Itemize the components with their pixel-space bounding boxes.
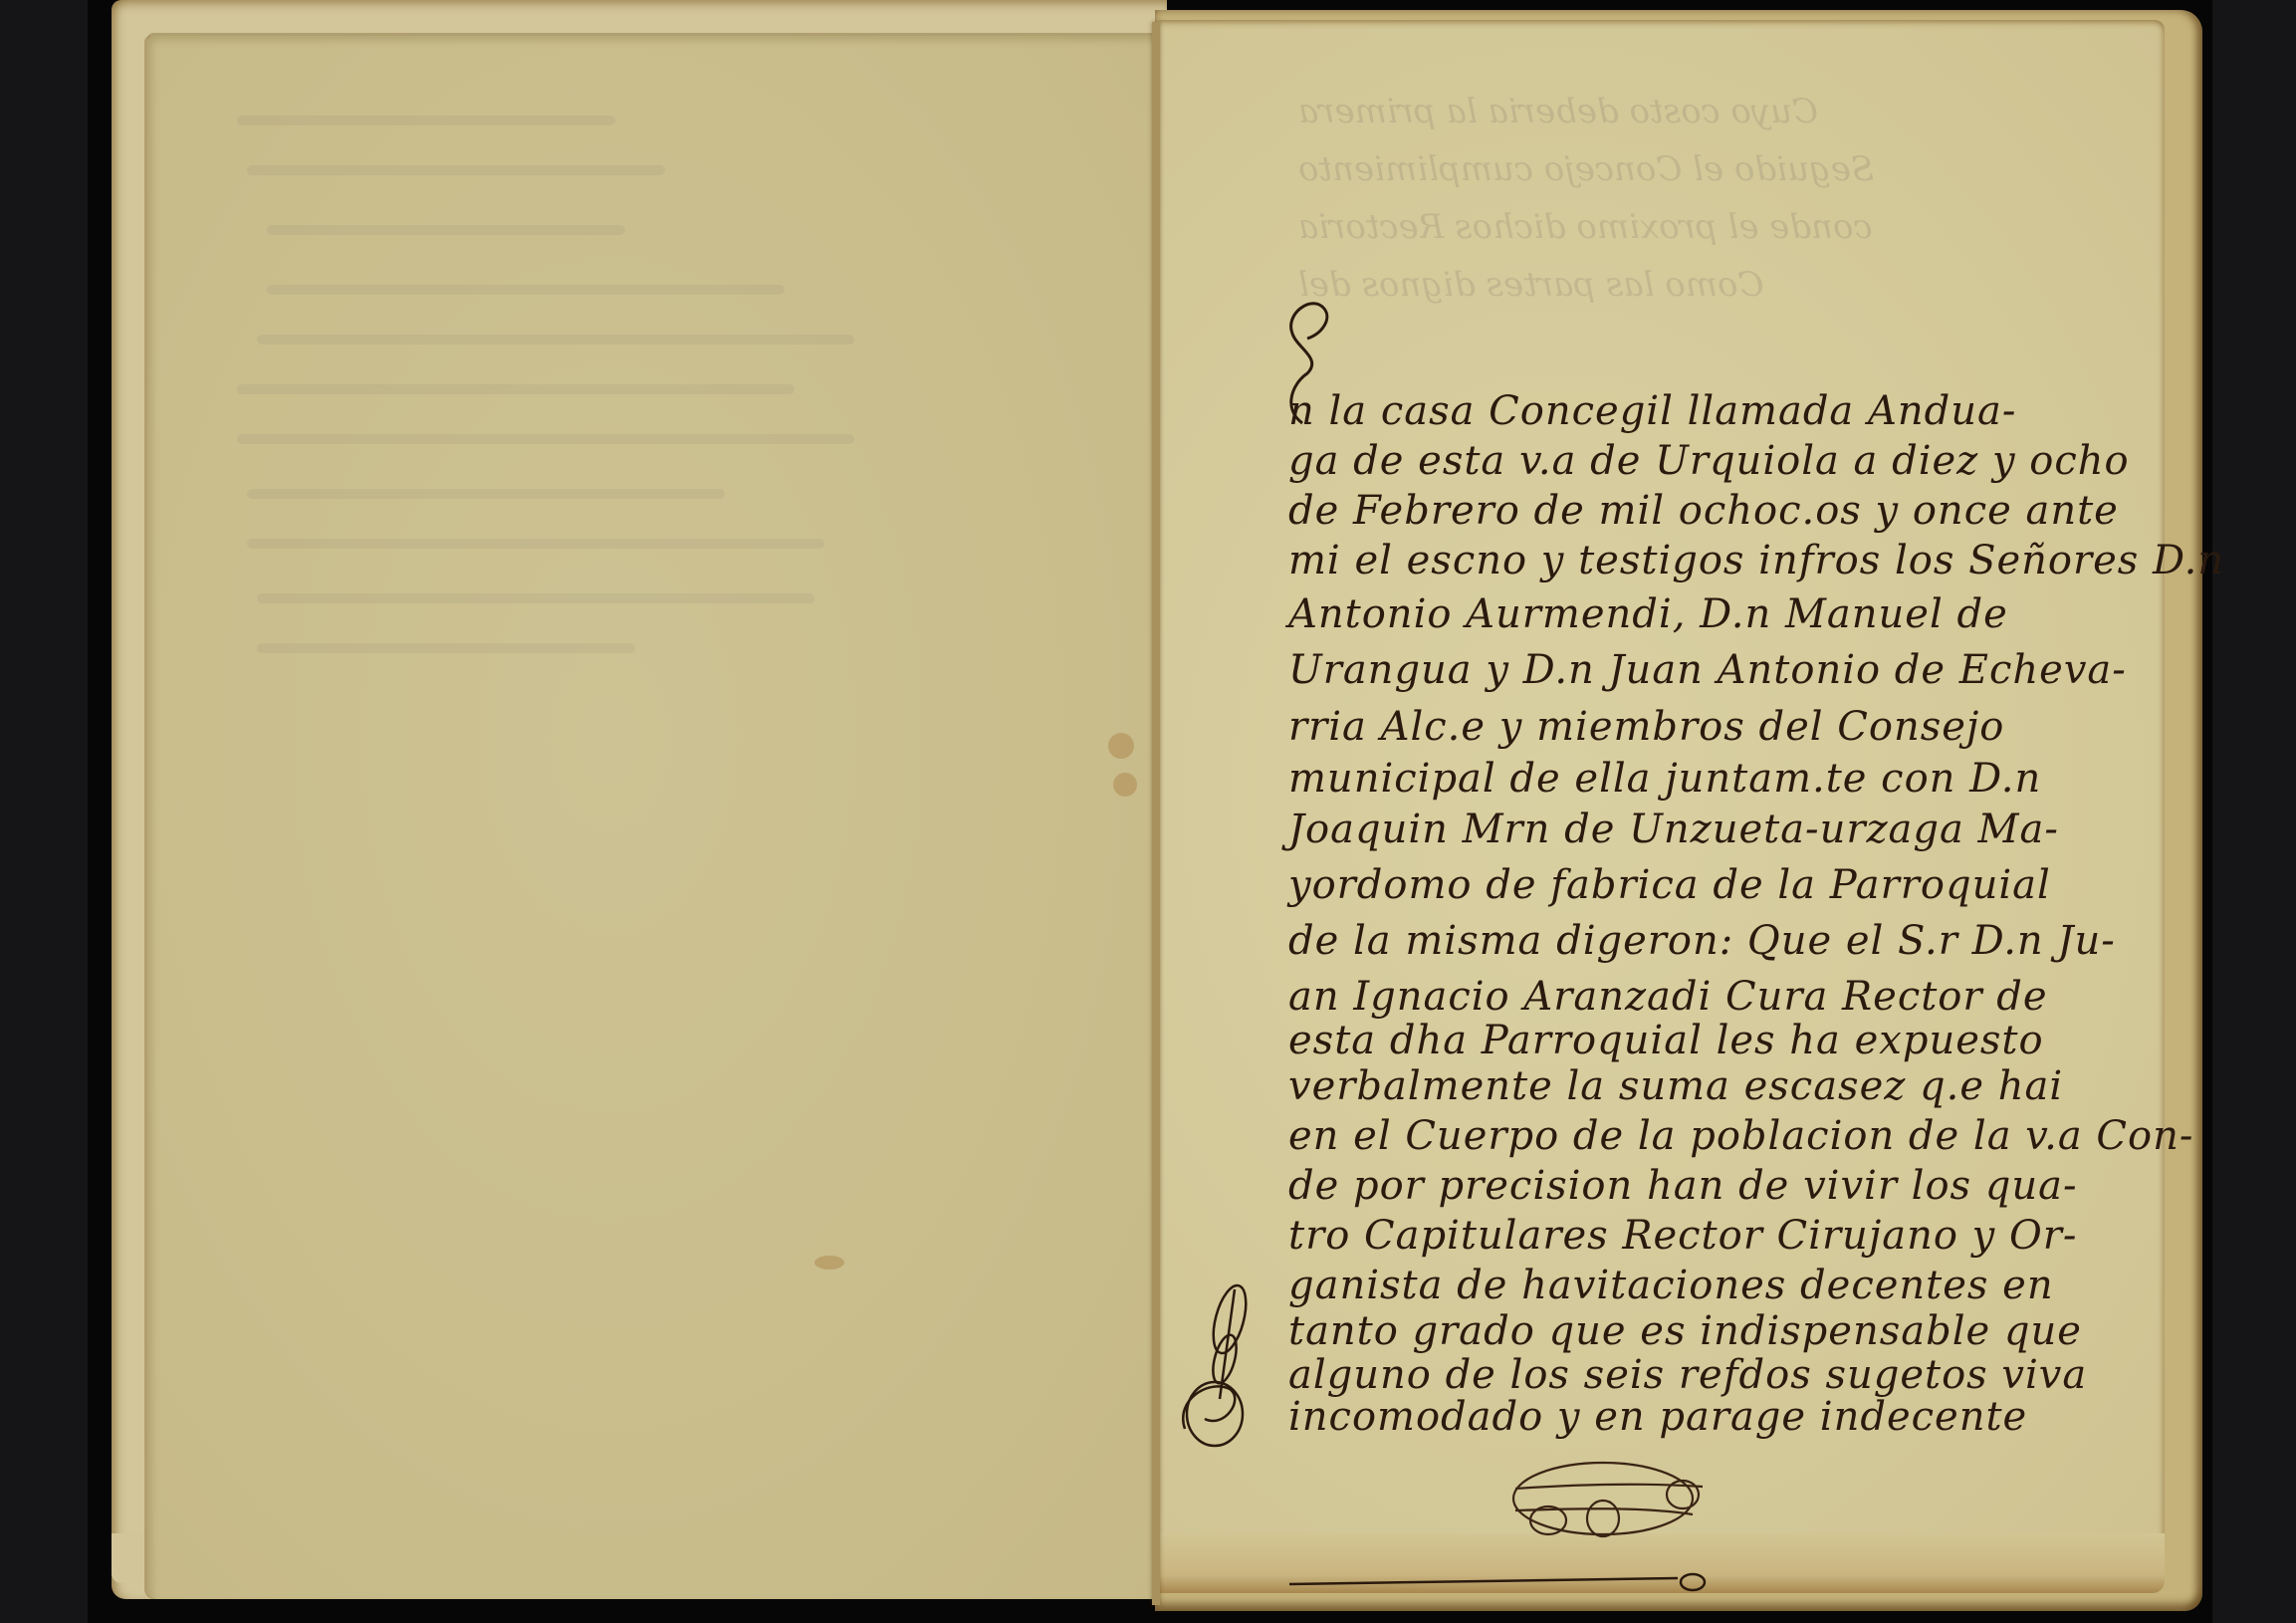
manuscript-line: en el Cuerpo de la poblacion de la v.a C… — [1288, 1113, 2193, 1159]
bleed-through-line — [257, 593, 814, 603]
bleed-through-text: Seguido el Concejo cumplimiento — [1298, 149, 1874, 189]
left-page — [147, 36, 1173, 1599]
manuscript-line: de Febrero de mil ochoc.os y once ante — [1288, 488, 2119, 534]
manuscript-line: de por precision han de vivir los qua- — [1288, 1163, 2078, 1209]
foxing-stain — [814, 1256, 844, 1270]
bleed-through-line — [257, 335, 854, 345]
bleed-through-line — [237, 384, 795, 394]
foxing-stain — [1113, 773, 1137, 797]
manuscript-line: an Ignacio Aranzadi Cura Rector de — [1288, 974, 2048, 1020]
manuscript-line: Joaquin Mrn de Unzueta-urzaga Ma- — [1288, 807, 2059, 852]
bleed-through-line — [257, 643, 635, 653]
paraph-flourish-icon — [1170, 1279, 1269, 1459]
manuscript-line: incomodado y en parage indecente — [1288, 1394, 2027, 1440]
bleed-through-text: Como las partes dignos del — [1298, 265, 1764, 305]
manuscript-line: tro Capitulares Rector Cirujano y Or- — [1288, 1213, 2077, 1259]
bleed-through-line — [247, 489, 725, 499]
manuscript-line: municipal de ella juntam.te con D.n — [1288, 756, 2041, 802]
bleed-through-line — [267, 285, 785, 295]
manuscript-line: tanto grado que es indispensable que — [1288, 1308, 2082, 1354]
bleed-through-line — [237, 434, 854, 444]
bleed-through-text: Cuyo costo deberia la primera — [1298, 92, 1818, 131]
manuscript-line: rria Alc.e y miembros del Consejo — [1288, 704, 2004, 750]
manuscript-line: Urangua y D.n Juan Antonio de Echeva- — [1288, 647, 2127, 693]
manuscript-line: de la misma digeron: Que el S.r D.n Ju- — [1288, 918, 2116, 964]
bleed-through-text: conde el proximo dichos Rectoria — [1298, 207, 1873, 247]
manuscript-line: mi el escno y testigos infros los Señore… — [1288, 538, 2224, 583]
manuscript-line: yordomo de fabrica de la Parroquial — [1288, 862, 2051, 908]
manuscript-line: ga de esta v.a de Urquiola a diez y ocho — [1288, 438, 2130, 484]
foxing-stain — [1108, 733, 1134, 759]
bleed-through-line — [247, 165, 665, 175]
catchword-line-icon — [1284, 1566, 1713, 1596]
manuscript-line: esta dha Parroquial les ha expuesto — [1288, 1018, 2044, 1063]
rubric-flourish-icon — [1493, 1459, 1732, 1548]
manuscript-line: Antonio Aurmendi, D.n Manuel de — [1288, 591, 2008, 637]
book-gutter — [1152, 22, 1160, 1605]
manuscript-line: ganista de havitaciones decentes en — [1288, 1263, 2054, 1308]
manuscript-line: verbalmente la suma escasez q.e hai — [1288, 1063, 2063, 1109]
bleed-through-line — [237, 116, 615, 125]
bleed-through-line — [247, 539, 824, 549]
bleed-through-line — [267, 225, 625, 235]
manuscript-line: alguno de los seis refdos sugetos viva — [1288, 1352, 2087, 1398]
manuscript-line: n la casa Concegil llamada Andua- — [1288, 388, 2016, 434]
